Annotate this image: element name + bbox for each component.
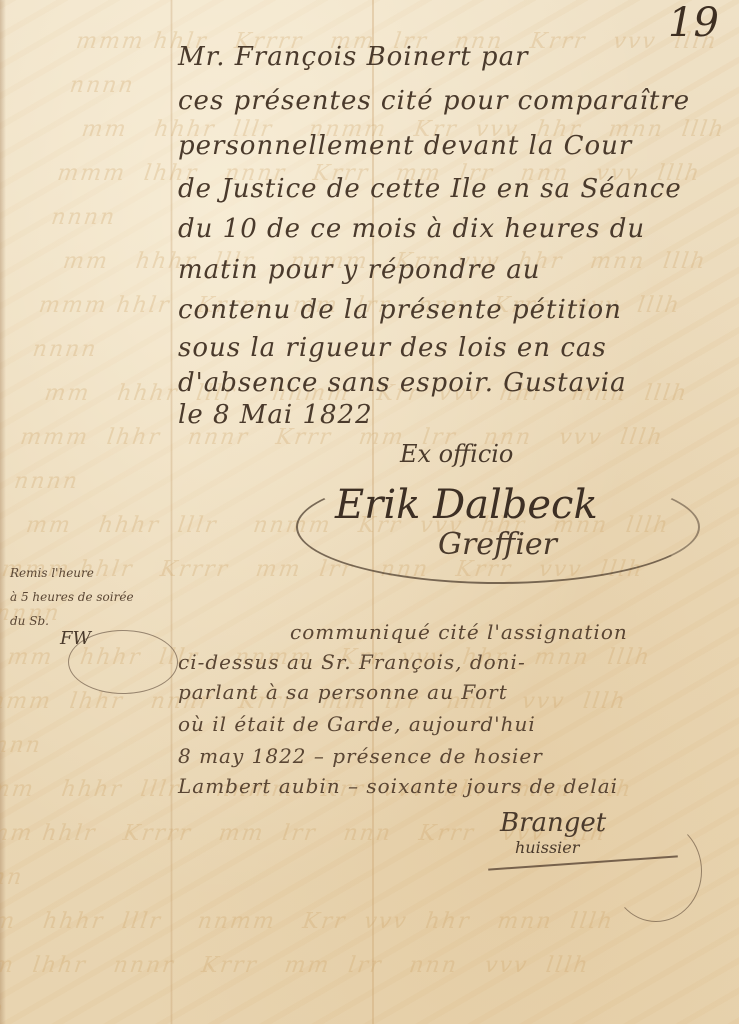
main-text-line: sous la rigueur des lois en cas [178, 333, 607, 363]
clerk-signature: Erik Dalbeck [335, 482, 598, 528]
margin-note-line: du Sb. [10, 614, 49, 628]
clerk-title: Greffier [438, 527, 557, 562]
margin-note-line: à 5 heures de soirée [10, 590, 134, 604]
main-text-line: le 8 Mai 1822 [178, 400, 373, 430]
main-text-line: d'absence sans espoir. Gustavia [178, 368, 627, 398]
service-note-line: parlant à sa personne au Fort [178, 680, 508, 704]
fold-line-left [170, 0, 173, 1024]
service-note-line: Lambert aubin – soixante jours de delai [178, 774, 618, 798]
signature-flourish-curve [610, 820, 702, 922]
folio-number: 19 [668, 0, 719, 46]
main-text-line: personnellement devant la Cour [178, 131, 632, 161]
service-note-line: où il était de Garde, aujourd'hui [178, 712, 536, 736]
main-text-line: du 10 de ce mois à dix heures du [178, 214, 645, 244]
paper-edge-shadow [0, 0, 6, 1024]
main-text-line: de Justice de cette Ile en sa Séance [178, 174, 682, 204]
service-note-line: 8 may 1822 – présence de hosier [178, 744, 543, 768]
bailiff-title: huissier [515, 838, 579, 857]
main-text-line: contenu de la présente pétition [178, 295, 622, 325]
bailiff-signature: Branget [500, 808, 606, 838]
margin-note-line: Remis l'heure [10, 566, 94, 580]
main-text-line: matin pour y répondre au [178, 255, 540, 285]
service-note-line: communiqué cité l'assignation [290, 620, 628, 644]
margin-initials: FW [60, 628, 91, 649]
service-note-line: ci-dessus au Sr. François, doni- [178, 650, 526, 674]
signature-intro: Ex officio [400, 440, 513, 468]
main-text-line: ces présentes cité pour comparaître [178, 86, 690, 116]
main-text-line: Mr. François Boinert par [178, 42, 529, 72]
